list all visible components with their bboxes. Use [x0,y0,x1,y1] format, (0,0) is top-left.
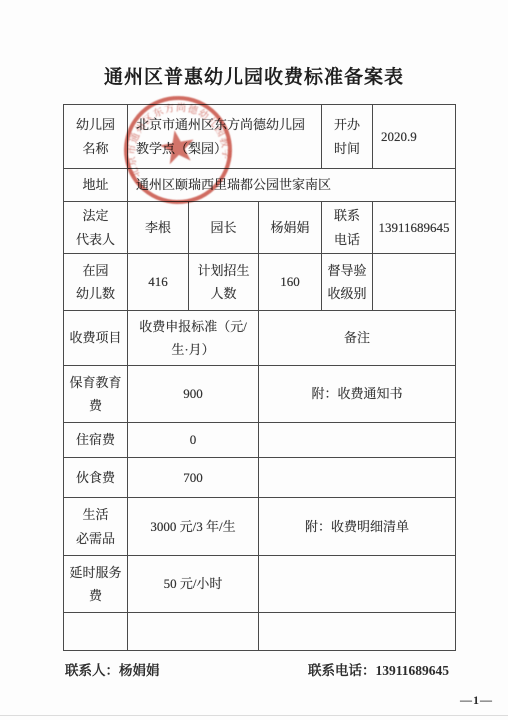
footer-contact: 联系人：杨娟娟 [65,659,160,679]
fee-label: 延时服务 费 [64,556,128,613]
current-children-value: 416 [128,254,189,311]
page-edge-shadow [0,715,508,716]
phone-value: 13911689645 [373,202,456,254]
fee-remark [259,423,456,458]
fee-remark-header: 备注 [259,311,456,366]
table-row: 收费项目 收费申报标准（元/ 生·月） 备注 [64,311,456,366]
table-row: 保育教育 费 900 附：收费通知书 [64,366,456,423]
fee-label: 住宿费 [64,423,128,458]
scanned-document-page: 通州区普惠幼儿园收费标准备案表 幼儿园 名称 北京市通州区东方尚德幼儿园教学点（… [0,0,508,720]
inspection-grade-value [373,254,456,311]
phone-label: 联系 电话 [322,202,373,254]
fee-item-header: 收费项目 [64,311,128,366]
open-time-value: 2020.9 [373,105,456,169]
table-row [64,613,456,651]
table-row: 延时服务 费 50 元/小时 [64,556,456,613]
table-row: 伙食费 700 [64,458,456,498]
fee-remark [259,556,456,613]
fee-standard-header: 收费申报标准（元/ 生·月） [128,311,259,366]
fee-label [64,613,128,651]
fee-value [128,613,259,651]
fee-value: 700 [128,458,259,498]
fee-remark: 附：收费通知书 [259,366,456,423]
open-time-label: 开办 时间 [322,105,373,169]
inspection-grade-label: 督导验 收级别 [322,254,373,311]
kindergarten-name-label: 幼儿园 名称 [64,105,128,169]
principal-label: 园长 [189,202,259,254]
fee-filing-table: 幼儿园 名称 北京市通州区东方尚德幼儿园教学点（梨园） 开办 时间 2020.9… [63,104,456,651]
footer-contact-label: 联系人： [65,663,119,678]
table-row: 生活 必需品 3000 元/3 年/生 附：收费明细清单 [64,498,456,556]
planned-enrollment-label: 计划招生 人数 [189,254,259,311]
table-row: 地址 通州区颐瑞西里瑞都公园世家南区 [64,169,456,202]
address-value: 通州区颐瑞西里瑞都公园世家南区 [128,169,456,202]
table-row: 法定 代表人 李根 园长 杨娟娟 联系 电话 13911689645 [64,202,456,254]
footer-phone-number: 13911689645 [376,663,450,678]
fee-remark [259,613,456,651]
planned-enrollment-value: 160 [259,254,322,311]
kindergarten-name-value: 北京市通州区东方尚德幼儿园教学点（梨园） [128,105,322,169]
footer-phone: 联系电话：13911689645 [308,659,449,679]
legal-rep-name: 李根 [128,202,189,254]
table-row: 幼儿园 名称 北京市通州区东方尚德幼儿园教学点（梨园） 开办 时间 2020.9 [64,105,456,169]
footer-contact-name: 杨娟娟 [119,663,160,678]
current-children-label: 在园 幼儿数 [64,254,128,311]
fee-label: 生活 必需品 [64,498,128,556]
footer-phone-label: 联系电话： [308,663,376,678]
fee-value: 50 元/小时 [128,556,259,613]
fee-remark [259,458,456,498]
page-title: 通州区普惠幼儿园收费标准备案表 [0,62,508,89]
fee-label: 伙食费 [64,458,128,498]
legal-rep-label: 法定 代表人 [64,202,128,254]
fee-value: 3000 元/3 年/生 [128,498,259,556]
fee-value: 0 [128,423,259,458]
table-row: 在园 幼儿数 416 计划招生 人数 160 督导验 收级别 [64,254,456,311]
principal-name: 杨娟娟 [259,202,322,254]
fee-label: 保育教育 费 [64,366,128,423]
footer: 联系人：杨娟娟 联系电话：13911689645 [0,659,508,681]
fee-remark: 附：收费明细清单 [259,498,456,556]
table-row: 住宿费 0 [64,423,456,458]
page-number: —1— [460,693,493,708]
fee-value: 900 [128,366,259,423]
address-label: 地址 [64,169,128,202]
